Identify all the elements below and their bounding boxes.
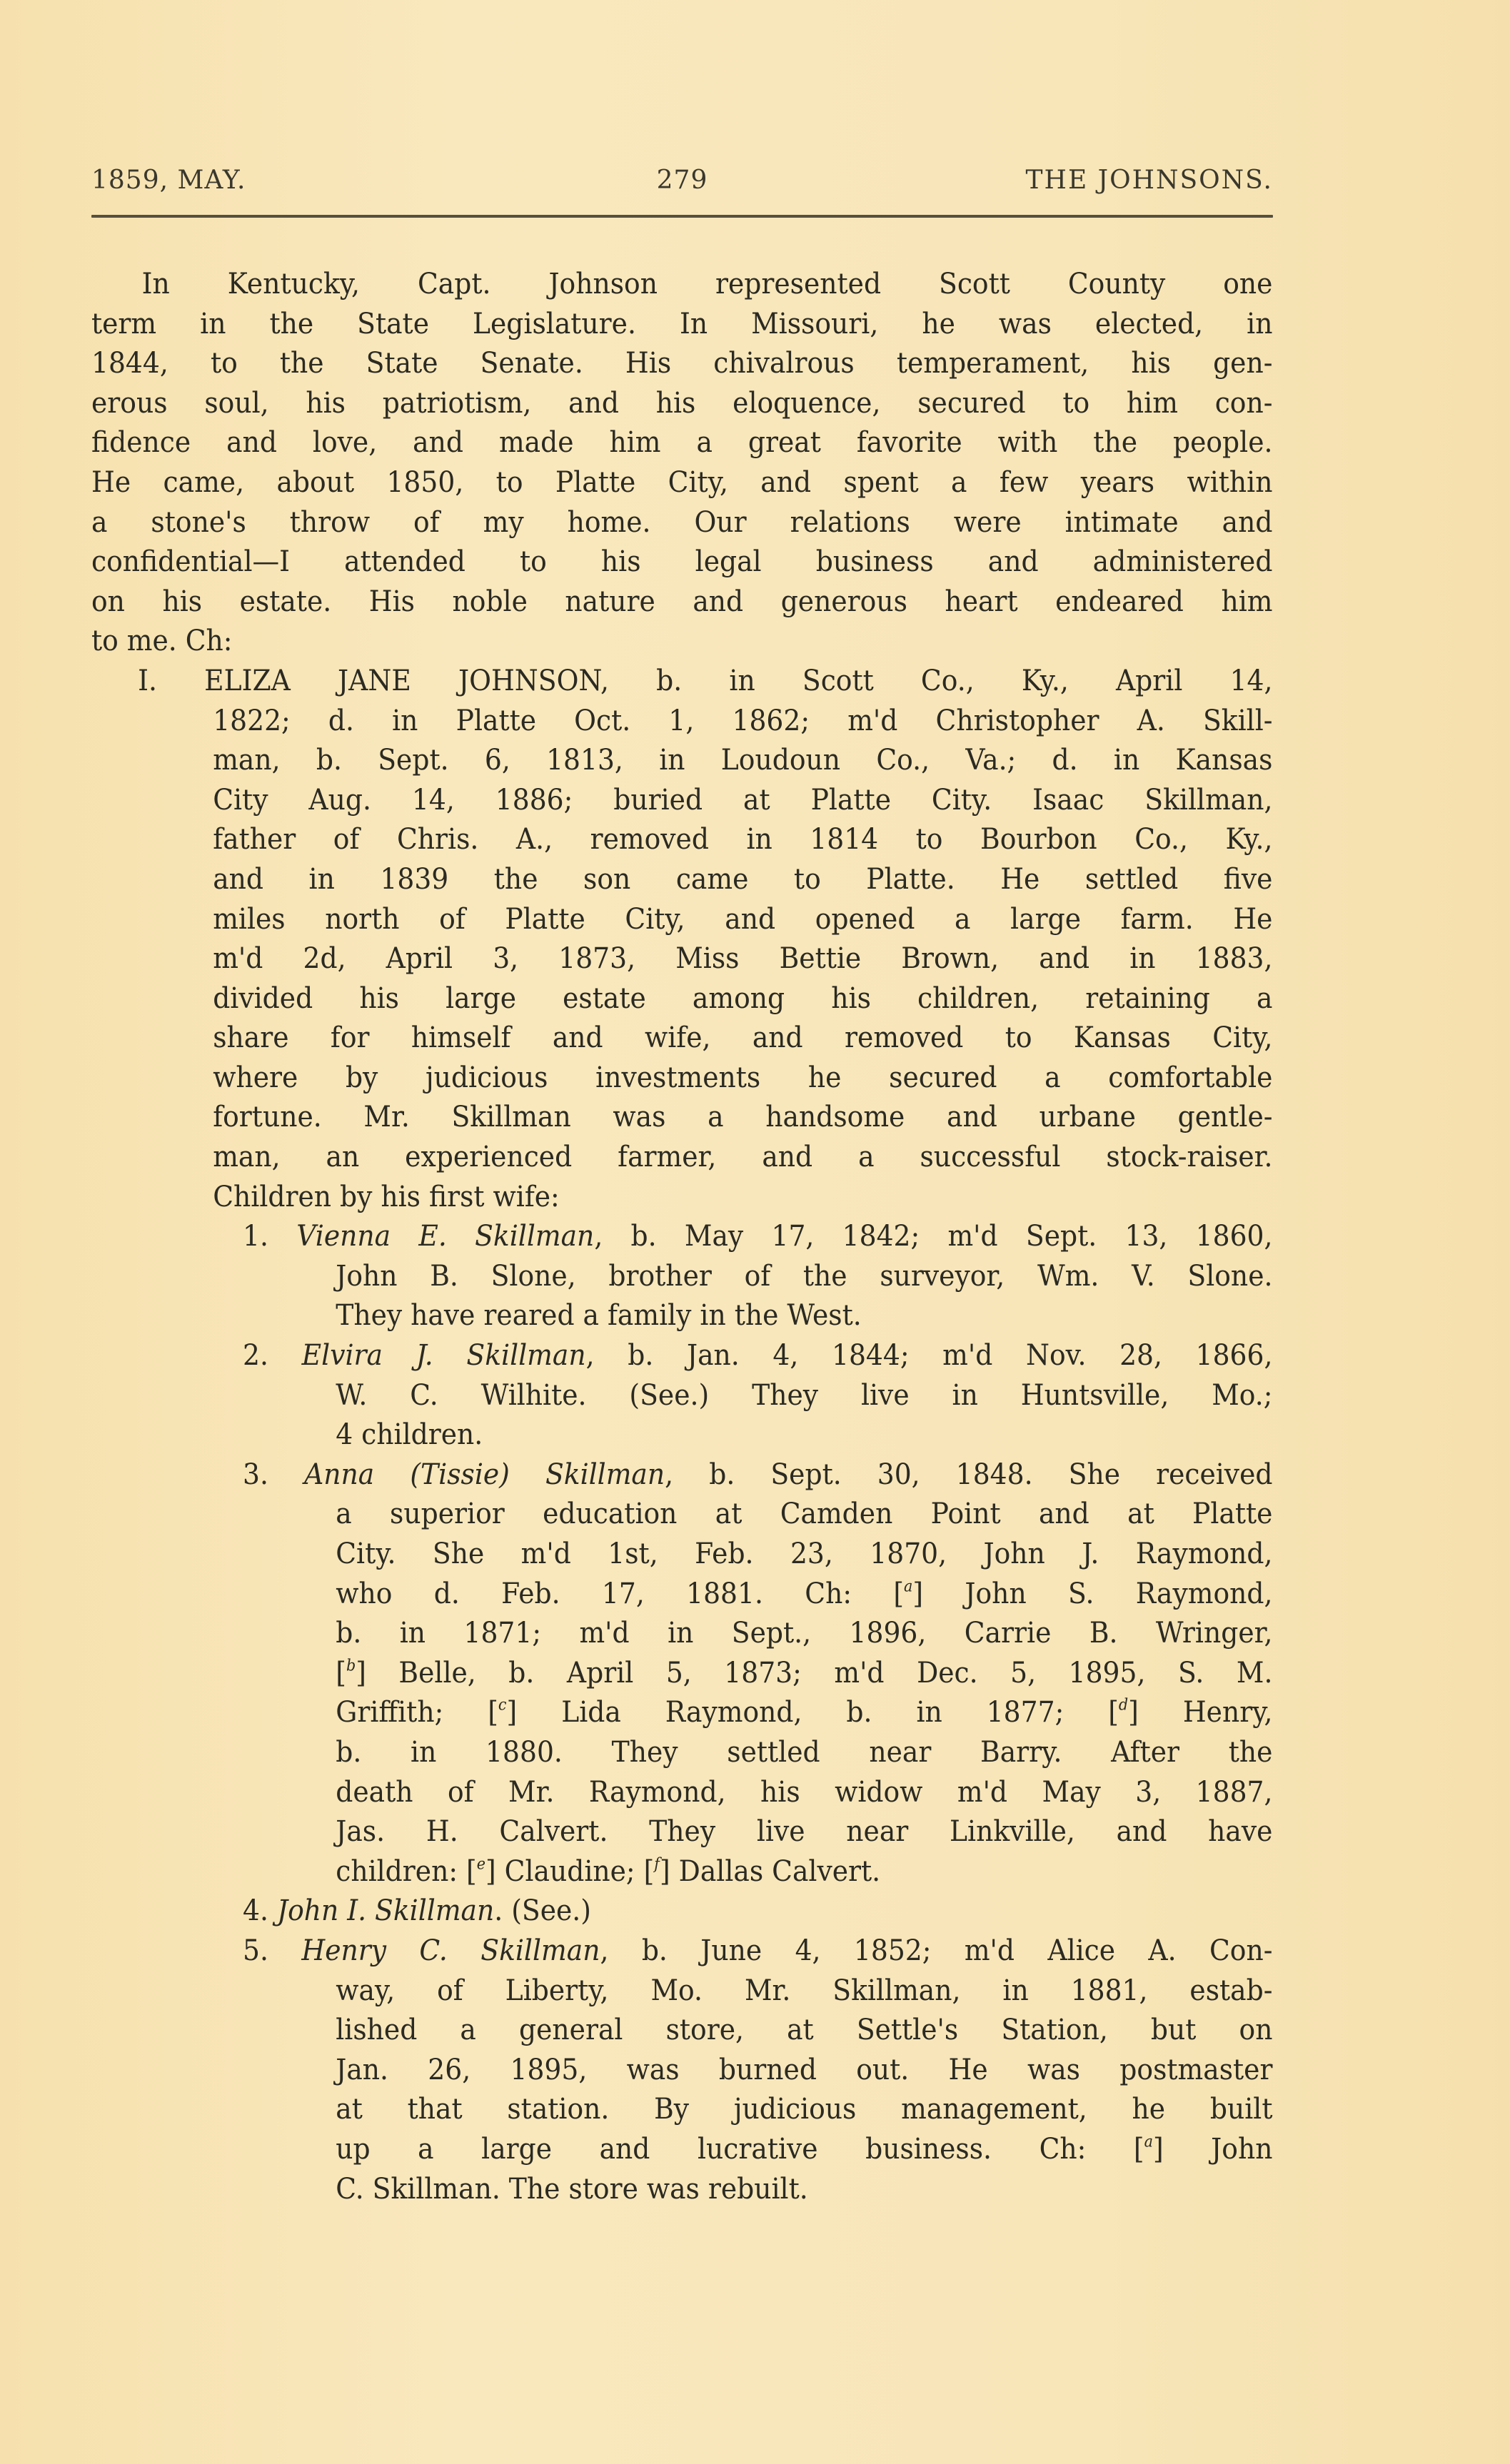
child-heading-line: 5. Henry C. Skillman, b. June 4, 1852; m… bbox=[91, 1931, 1272, 1971]
child-line: 4 children. bbox=[91, 1415, 1272, 1455]
footnote-letter: d bbox=[1119, 1696, 1128, 1715]
entry-line: divided his large estate among his child… bbox=[91, 979, 1272, 1019]
child-number: 3. bbox=[243, 1457, 268, 1491]
intro-paragraph: In Kentucky, Capt. Johnson represented S… bbox=[91, 264, 1190, 661]
child-line: up a large and lucrative business. Ch: [… bbox=[91, 2129, 1272, 2169]
paragraph-line: confidential—I attended to his legal bus… bbox=[91, 542, 1272, 582]
child-line: lished a general store, at Settle's Stat… bbox=[91, 2010, 1272, 2050]
paragraph-line: to me. Ch: bbox=[91, 621, 1272, 661]
child-line: W. C. Wilhite. (See.) They live in Hunts… bbox=[91, 1375, 1272, 1415]
footnote-letter: a bbox=[1144, 2132, 1153, 2151]
paragraph-line: fidence and love, and made him a great f… bbox=[91, 423, 1272, 463]
child-heading-line: 1. Vienna E. Skillman, b. May 17, 1842; … bbox=[91, 1216, 1272, 1256]
entry-heading-line: I. ELIZA JANE JOHNSON, b. in Scott Co., … bbox=[91, 661, 1272, 701]
header-rule bbox=[91, 215, 1273, 218]
child-text: , b. June 4, 1852; m'd Alice A. Con- bbox=[600, 1933, 1272, 1967]
entry-line: and in 1839 the son came to Platte. He s… bbox=[91, 859, 1272, 899]
child-number: 1. bbox=[243, 1218, 268, 1253]
paragraph-line: a stone's throw of my home. Our relation… bbox=[91, 503, 1272, 542]
entry-line: where by judicious investments he secure… bbox=[91, 1058, 1272, 1098]
child-line: C. Skillman. The store was rebuilt. bbox=[91, 2169, 1272, 2209]
entry-line: man, an experienced farmer, and a succes… bbox=[91, 1137, 1272, 1177]
footnote-letter: a bbox=[904, 1577, 912, 1595]
running-head-title: THE JOHNSONS. bbox=[1026, 166, 1273, 195]
body-text: In Kentucky, Capt. Johnson represented S… bbox=[91, 264, 1190, 2208]
entry-name: ELIZA JANE JOHNSON bbox=[204, 663, 600, 697]
entry-line: share for himself and wife, and removed … bbox=[91, 1018, 1272, 1058]
child-text: , b. May 17, 1842; m'd Sept. 13, 1860, bbox=[594, 1218, 1272, 1253]
child-number: 4. bbox=[243, 1893, 268, 1927]
child-entry-elvira: 2. Elvira J. Skillman, b. Jan. 4, 1844; … bbox=[91, 1335, 1190, 1455]
footnote-letter: f bbox=[654, 1854, 660, 1873]
child-heading-line: 2. Elvira J. Skillman, b. Jan. 4, 1844; … bbox=[91, 1335, 1272, 1375]
child-text: , b. Sept. 30, 1848. She received bbox=[665, 1457, 1272, 1491]
entry-line: Children by his first wife: bbox=[91, 1177, 1272, 1217]
entry-line: 1822; d. in Platte Oct. 1, 1862; m'd Chr… bbox=[91, 701, 1272, 741]
child-line: way, of Liberty, Mo. Mr. Skillman, in 18… bbox=[91, 1971, 1272, 2011]
child-entry-anna: 3. Anna (Tissie) Skillman, b. Sept. 30, … bbox=[91, 1455, 1190, 1892]
child-line: at that station. By judicious management… bbox=[91, 2089, 1272, 2129]
child-line: City. She m'd 1st, Feb. 23, 1870, John J… bbox=[91, 1534, 1272, 1574]
entry-line: man, b. Sept. 6, 1813, in Loudoun Co., V… bbox=[91, 740, 1272, 780]
child-line: a superior education at Camden Point and… bbox=[91, 1494, 1272, 1534]
child-name: Vienna E. Skillman bbox=[296, 1218, 594, 1253]
child-line: Griffith; [c] Lida Raymond, b. in 1877; … bbox=[91, 1692, 1272, 1732]
child-text: . (See.) bbox=[494, 1893, 591, 1927]
child-line: Jan. 26, 1895, was burned out. He was po… bbox=[91, 2050, 1272, 2090]
footnote-letter: b bbox=[346, 1656, 356, 1675]
paragraph-line: term in the State Legislature. In Missou… bbox=[91, 304, 1272, 344]
child-number: 2. bbox=[243, 1338, 268, 1372]
child-line: who d. Feb. 17, 1881. Ch: [a] John S. Ra… bbox=[91, 1574, 1272, 1614]
child-heading-line: 3. Anna (Tissie) Skillman, b. Sept. 30, … bbox=[91, 1455, 1272, 1495]
child-number: 5. bbox=[243, 1933, 268, 1967]
running-head: 1859, MAY. 279 THE JOHNSONS. bbox=[91, 166, 1273, 201]
child-line: b. in 1880. They settled near Barry. Aft… bbox=[91, 1732, 1272, 1772]
child-line: [b] Belle, b. April 5, 1873; m'd Dec. 5,… bbox=[91, 1653, 1272, 1693]
child-line: Jas. H. Calvert. They live near Linkvill… bbox=[91, 1812, 1272, 1852]
paragraph-line: erous soul, his patriotism, and his eloq… bbox=[91, 383, 1272, 423]
entry-line: m'd 2d, April 3, 1873, Miss Bettie Brown… bbox=[91, 939, 1272, 979]
entry-line: father of Chris. A., removed in 1814 to … bbox=[91, 819, 1272, 859]
child-line: John B. Slone, brother of the surveyor, … bbox=[91, 1256, 1272, 1296]
child-entry-john: 4. John I. Skillman. (See.) bbox=[91, 1891, 1190, 1931]
child-text: , b. Jan. 4, 1844; m'd Nov. 28, 1866, bbox=[586, 1338, 1273, 1372]
paragraph-line: In Kentucky, Capt. Johnson represented S… bbox=[91, 264, 1272, 304]
entry-text: , b. in Scott Co., Ky., April 14, bbox=[600, 663, 1272, 697]
paragraph-line: He came, about 1850, to Platte City, and… bbox=[91, 463, 1272, 503]
paragraph-line: 1844, to the State Senate. His chivalrou… bbox=[91, 343, 1272, 383]
entry-line: fortune. Mr. Skillman was a handsome and… bbox=[91, 1097, 1272, 1137]
child-name: Henry C. Skillman bbox=[301, 1933, 600, 1967]
child-name: Anna (Tissie) Skillman bbox=[304, 1457, 665, 1491]
paragraph-line: on his estate. His noble nature and gene… bbox=[91, 582, 1272, 622]
child-line: They have reared a family in the West. bbox=[91, 1296, 1272, 1335]
entry-line: miles north of Platte City, and opened a… bbox=[91, 899, 1272, 939]
child-name: John I. Skillman bbox=[277, 1893, 494, 1927]
entry-numeral: I. bbox=[138, 663, 157, 697]
entry-line: City Aug. 14, 1886; buried at Platte Cit… bbox=[91, 780, 1272, 820]
footnote-letter: e bbox=[477, 1854, 485, 1873]
child-entry-vienna: 1. Vienna E. Skillman, b. May 17, 1842; … bbox=[91, 1216, 1190, 1335]
footnote-letter: c bbox=[498, 1696, 507, 1715]
child-line: b. in 1871; m'd in Sept., 1896, Carrie B… bbox=[91, 1613, 1272, 1653]
child-line: death of Mr. Raymond, his widow m'd May … bbox=[91, 1772, 1272, 1812]
child-entry-henry: 5. Henry C. Skillman, b. June 4, 1852; m… bbox=[91, 1931, 1190, 2208]
child-name: Elvira J. Skillman bbox=[302, 1338, 586, 1372]
entry-eliza-jane-johnson: I. ELIZA JANE JOHNSON, b. in Scott Co., … bbox=[91, 661, 1190, 1216]
child-heading-line: 4. John I. Skillman. (See.) bbox=[91, 1891, 1272, 1931]
child-line: children: [e] Claudine; [f] Dallas Calve… bbox=[91, 1852, 1272, 1892]
